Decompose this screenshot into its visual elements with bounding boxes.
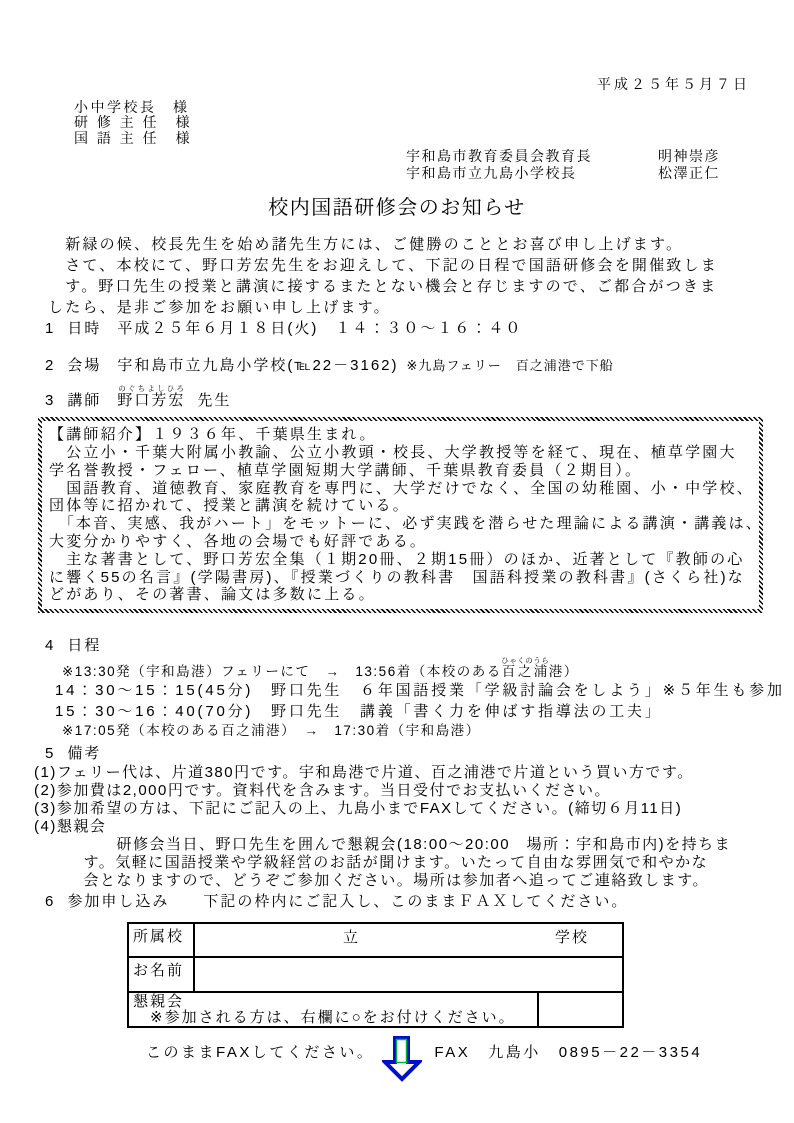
intro-line: 国語教育、道徳教育、家庭教育を専門に、大学だけでなく、全国の幼稚園、小・中学校、: [49, 480, 754, 498]
section-number: 3: [45, 392, 55, 409]
section-number: 2: [45, 357, 55, 374]
table-row-party: 懇親会 ※参加される方は、右欄に○をお付けください。: [128, 992, 623, 1027]
intro-line: 公立小・千葉大附属小教諭、公立小教頭・校長、大学教授等を経て、現在、植草学園大: [49, 444, 754, 462]
greeting-paragraph: 新緑の候、校長先生を始め諸先生方には、ご健勝のこととお喜び申し上げます。 さて、…: [48, 234, 794, 318]
school-row-header: 所属校: [128, 923, 194, 957]
section-label: 備考: [67, 745, 101, 762]
party-label: 懇親会: [133, 994, 533, 1010]
fax-footer: このままFAXしてください。 FAX 九島小 0895－22－3354: [146, 1044, 794, 1086]
school-input-cell[interactable]: 立 学校: [194, 923, 623, 957]
fax-number: 0895－22－3354: [559, 1044, 702, 1061]
document-date: 平成２５年５月７日: [0, 76, 750, 92]
section-schedule: 4日程: [45, 637, 794, 654]
section-label: 講師: [67, 392, 101, 409]
lecturer-honorific: 先生: [197, 392, 231, 409]
section-datetime: 1日時平成２５年６月１８日(火) １４：３０～１６：４０: [45, 320, 794, 337]
section-notes: 5備考: [45, 745, 794, 762]
intro-line: 「本音、実感、我がハート」をモットーに、必ず実践を潜らせた理論による講演・講義は…: [49, 515, 754, 533]
fax-recipient: 九島小: [488, 1044, 541, 1061]
sender-block: 宇和島市教育委員会教育長 明神崇彦 宇和島市立九島小学校長 松澤正仁: [406, 148, 720, 182]
note-line: す。気軽に国語授業や学級経営のお話が聞けます。いたって自由な雰囲気で和やかな: [34, 854, 794, 872]
intro-line: 学名誉教授・フェロー、植草学園短期大学講師、千葉県教育委員（２期目）。: [49, 462, 754, 480]
table-row-school: 所属校 立 学校: [128, 923, 623, 957]
lecturer-name-ruby: のぐちよしひろ: [117, 384, 185, 393]
application-form-table: 所属校 立 学校 お名前 懇親会 ※参加される方は、右欄に○をお付けください。: [127, 922, 624, 1028]
fax-label: FAX: [434, 1044, 470, 1061]
intro-line: 【講師紹介】１９３６年、千葉県生まれ。: [49, 426, 754, 444]
intro-line: どがあり、その著書、論文は多数に上る。: [49, 586, 754, 604]
sender-title: 宇和島市立九島小学校長: [406, 165, 577, 182]
section-label: 日程: [67, 637, 101, 654]
port-name: 百之浦ひゃくのうら: [502, 664, 549, 679]
section-label: 日時: [67, 320, 101, 337]
venue-value: 宇和島市立九島小学校(℡22－3162): [117, 357, 398, 374]
fax-note: このままFAXしてください。: [146, 1044, 374, 1061]
party-label-cell: 懇親会 ※参加される方は、右欄に○をお付けください。: [128, 992, 538, 1027]
section-venue: 2会場宇和島市立九島小学校(℡22－3162)※九島フェリー 百之浦港で下船: [45, 357, 794, 374]
datetime-value: 平成２５年６月１８日(火) １４：３０～１６：４０: [117, 320, 522, 337]
intro-line: に響く55の名言』(学陽書房)、『授業づくりの教科書 国語科授業の教科書』(さく…: [49, 569, 754, 587]
note-line: (4)懇親会: [34, 818, 794, 836]
note-line: (1)フェリー代は、片道380円です。宇和島港で片道、百之浦港で片道という買い方…: [34, 764, 794, 782]
party-note: ※参加される方は、右欄に○をお付けください。: [133, 1010, 533, 1026]
intro-line: 主な著書として、野口芳宏全集（１期20冊、２期15冊）のほか、近著として『教師の…: [49, 551, 754, 569]
sender-name: 松澤正仁: [658, 165, 720, 182]
intro-line: 団体等に招かれて、授業と講演を続けている。: [49, 497, 754, 515]
notes-list: (1)フェリー代は、片道380円です。宇和島港で片道、百之浦港で片道という買い方…: [34, 764, 794, 890]
document-page: 平成２５年５月７日 小中学校長 様 研 修 主 任 様 国 語 主 任 様 宇和…: [0, 0, 794, 1123]
port-name-ruby: ひゃくのうら: [501, 656, 549, 665]
greeting-line: さて、本校にて、野口芳宏先生をお迎えして、下記の日程で国語研修会を開催致しま: [48, 255, 794, 276]
section-number: 4: [45, 637, 55, 654]
table-row-name: お名前: [128, 957, 623, 992]
note-line: (3)参加希望の方は、下記にご記入の上、九島小までFAXしてください。(締切６月…: [34, 800, 794, 818]
name-input-cell[interactable]: [194, 957, 623, 992]
lecturer-name: 野口芳宏のぐちよしひろ: [117, 392, 185, 409]
greeting-line: したら、是非ご参加をお願い申し上げます。: [48, 297, 794, 318]
page-title: 校内国語研修会のお知らせ: [0, 196, 794, 220]
school-hint-middle: 立: [343, 926, 360, 947]
recipient-line: 国 語 主 任 様: [74, 131, 794, 146]
school-hint-suffix: 学校: [555, 926, 589, 947]
venue-note: ※九島フェリー 百之浦港で下船: [407, 358, 614, 373]
section-lecturer: 3講師野口芳宏のぐちよしひろ先生: [45, 384, 794, 409]
sender-line: 宇和島市立九島小学校長 松澤正仁: [406, 165, 720, 182]
section-number: 6: [45, 893, 55, 910]
application-instruction: 下記の枠内にご記入し、このままＦＡＸしてください。: [203, 893, 628, 910]
sender-title: 宇和島市教育委員会教育長: [406, 148, 592, 165]
section-number: 5: [45, 745, 55, 762]
schedule-item: 14：30～15：15(45分) 野口先生 ６年国語授業「学級討論会をしよう」※…: [55, 680, 794, 701]
party-circle-cell[interactable]: [538, 992, 623, 1027]
note-line: 会となりますので、どうぞご参加ください。場所は参加者へ追ってご連絡致します。: [34, 872, 794, 890]
sender-name: 明神崇彦: [658, 148, 720, 165]
note-line: (2)参加費は2,000円です。資料代を含みます。当日受付でお支払いください。: [34, 782, 794, 800]
lecturer-intro-box: 【講師紹介】１９３６年、千葉県生まれ。 公立小・千葉大附属小教諭、公立小教頭・校…: [38, 417, 763, 613]
section-label: 会場: [67, 357, 101, 374]
greeting-line: 新緑の候、校長先生を始め諸先生方には、ご健勝のこととお喜び申し上げます。: [48, 234, 794, 255]
schedule-ferry-out: ※13:30発（宇和島港）フェリーにて → 13:56着（本校のある百之浦ひゃく…: [62, 656, 794, 680]
recipient-line: 研 修 主 任 様: [74, 115, 794, 130]
recipient-list: 小中学校長 様 研 修 主 任 様 国 語 主 任 様: [74, 100, 794, 146]
sender-line: 宇和島市教育委員会教育長 明神崇彦: [406, 148, 720, 165]
section-number: 1: [45, 320, 55, 337]
recipient-line: 小中学校長 様: [74, 100, 794, 115]
intro-line: 大変分かりやすく、各地の会場でも好評である。: [49, 533, 754, 551]
schedule-item: 15：30～16：40(70分) 野口先生 講義「書く力を伸ばす指導法の工夫」: [55, 701, 794, 722]
note-line: 研修会当日、野口先生を囲んで懇親会(18:00～20:00 場所：宇和島市内)を…: [34, 836, 794, 854]
greeting-line: す。野口先生の授業と講演に接するまたとない機会と存じますので、ご都合がつきま: [48, 276, 794, 297]
section-application: 6参加申し込み下記の枠内にご記入し、このままＦＡＸしてください。: [45, 893, 794, 910]
schedule-ferry-back: ※17:05発（本校のある百之浦港） → 17:30着（宇和島港）: [62, 722, 794, 739]
down-arrow-icon: [382, 1036, 422, 1086]
section-label: 参加申し込み: [67, 893, 169, 910]
name-row-header: お名前: [128, 957, 194, 992]
